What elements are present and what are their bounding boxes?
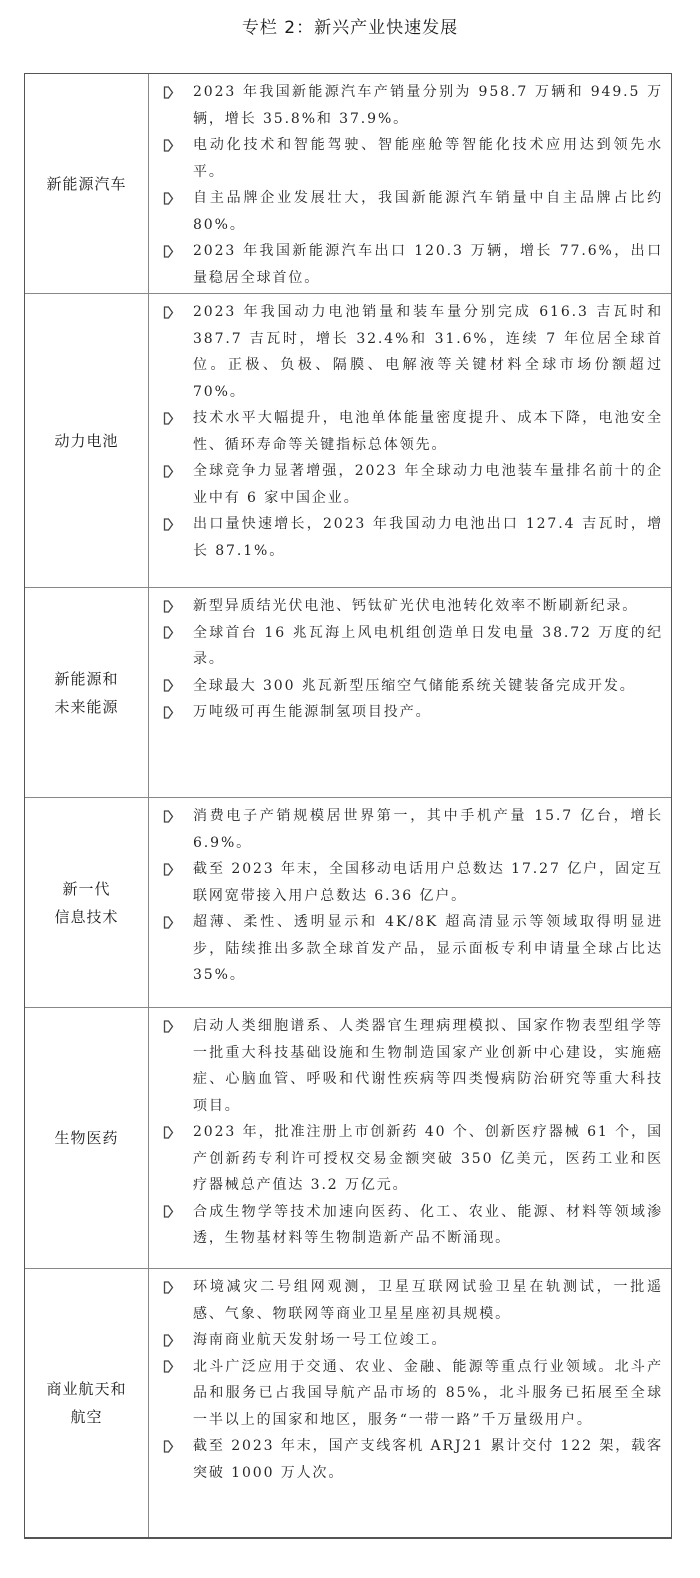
hollow-arrow-right-icon [161, 185, 193, 212]
item-text: 海南商业航天发射场一号工位竣工。 [193, 1327, 663, 1354]
list-item: 2023 年我国动力电池销量和装车量分别完成 616.3 吉瓦时和 387.7 … [161, 299, 663, 405]
item-text: 截至 2023 年末，国产支线客机 ARJ21 累计交付 122 架，载客突破 … [193, 1433, 663, 1486]
list-item: 2023 年我国新能源汽车出口 120.3 万辆，增长 77.6%，出口量稳居全… [161, 238, 663, 291]
hollow-arrow-right-icon [161, 458, 193, 485]
item-text: 全球最大 300 兆瓦新型压缩空气储能系统关键装备完成开发。 [193, 673, 663, 700]
page-title: 专栏 2：新兴产业快速发展 [0, 14, 700, 42]
list-item: 启动人类细胞谱系、人类器官生理病理模拟、国家作物表型组学等一批重大科技基础设施和… [161, 1013, 663, 1119]
item-text: 环境减灾二号组网观测，卫星互联网试验卫星在轨测试，一批遥感、气象、物联网等商业卫… [193, 1274, 663, 1327]
list-item: 截至 2023 年末，全国移动电话用户总数达 17.27 亿户，固定互联网宽带接… [161, 856, 663, 909]
hollow-arrow-right-icon [161, 1199, 193, 1226]
items-cell: 消费电子产销规模居世界第一，其中手机产量 15.7 亿台，增长 6.9%。 截至… [149, 798, 671, 1007]
hollow-arrow-right-icon [161, 511, 193, 538]
list-item: 环境减灾二号组网观测，卫星互联网试验卫星在轨测试，一批遥感、气象、物联网等商业卫… [161, 1274, 663, 1327]
items-cell: 2023 年我国动力电池销量和装车量分别完成 616.3 吉瓦时和 387.7 … [149, 294, 671, 587]
hollow-arrow-right-icon [161, 1433, 193, 1460]
item-text: 截至 2023 年末，全国移动电话用户总数达 17.27 亿户，固定互联网宽带接… [193, 856, 663, 909]
item-text: 2023 年我国新能源汽车产销量分别为 958.7 万辆和 949.5 万辆，增… [193, 79, 663, 132]
list-item: 新型异质结光伏电池、钙钛矿光伏电池转化效率不断刷新纪录。 [161, 593, 663, 620]
category-cell: 动力电池 [25, 294, 149, 587]
list-item: 万吨级可再生能源制氢项目投产。 [161, 699, 663, 726]
hollow-arrow-right-icon [161, 1274, 193, 1301]
hollow-arrow-right-icon [161, 673, 193, 700]
category-label: 新能源汽车 [46, 170, 126, 198]
hollow-arrow-right-icon [161, 620, 193, 647]
emerging-industries-table: 新能源汽车 2023 年我国新能源汽车产销量分别为 958.7 万辆和 949.… [24, 73, 672, 1539]
item-text: 全球竞争力显著增强，2023 年全球动力电池装车量排名前十的企业中有 6 家中国… [193, 458, 663, 511]
category-cell: 生物医药 [25, 1008, 149, 1268]
list-item: 2023 年我国新能源汽车产销量分别为 958.7 万辆和 949.5 万辆，增… [161, 79, 663, 132]
category-cell: 商业航天和 航空 [25, 1269, 149, 1537]
list-item: 全球首台 16 兆瓦海上风电机组创造单日发电量 38.72 万度的纪录。 [161, 620, 663, 673]
hollow-arrow-right-icon [161, 1327, 193, 1354]
list-item: 自主品牌企业发展壮大，我国新能源汽车销量中自主品牌占比约 80%。 [161, 185, 663, 238]
hollow-arrow-right-icon [161, 1013, 193, 1040]
table-row-commercial-aerospace: 商业航天和 航空 环境减灾二号组网观测，卫星互联网试验卫星在轨测试，一批遥感、气… [25, 1269, 671, 1537]
item-text: 自主品牌企业发展壮大，我国新能源汽车销量中自主品牌占比约 80%。 [193, 185, 663, 238]
hollow-arrow-right-icon [161, 238, 193, 265]
item-text: 消费电子产销规模居世界第一，其中手机产量 15.7 亿台，增长 6.9%。 [193, 803, 663, 856]
list-item: 超薄、柔性、透明显示和 4K/8K 超高清显示等领域取得明显进步，陆续推出多款全… [161, 909, 663, 989]
table-row-biomedicine: 生物医药 启动人类细胞谱系、人类器官生理病理模拟、国家作物表型组学等一批重大科技… [25, 1008, 671, 1269]
list-item: 北斗广泛应用于交通、农业、金融、能源等重点行业领域。北斗产品和服务已占我国导航产… [161, 1354, 663, 1434]
hollow-arrow-right-icon [161, 593, 193, 620]
list-item: 全球竞争力显著增强，2023 年全球动力电池装车量排名前十的企业中有 6 家中国… [161, 458, 663, 511]
items-cell: 2023 年我国新能源汽车产销量分别为 958.7 万辆和 949.5 万辆，增… [149, 74, 671, 293]
item-text: 万吨级可再生能源制氢项目投产。 [193, 699, 663, 726]
list-item: 技术水平大幅提升，电池单体能量密度提升、成本下降，电池安全性、循环寿命等关键指标… [161, 405, 663, 458]
item-text: 新型异质结光伏电池、钙钛矿光伏电池转化效率不断刷新纪录。 [193, 593, 663, 620]
table-row-new-and-future-energy: 新能源和 未来能源 新型异质结光伏电池、钙钛矿光伏电池转化效率不断刷新纪录。 全… [25, 588, 671, 798]
category-label: 商业航天和 航空 [46, 1375, 126, 1431]
hollow-arrow-right-icon [161, 699, 193, 726]
hollow-arrow-right-icon [161, 405, 193, 432]
item-text: 2023 年，批准注册上市创新药 40 个、创新医疗器械 61 个，国产创新药专… [193, 1119, 663, 1199]
table-row-new-energy-vehicles: 新能源汽车 2023 年我国新能源汽车产销量分别为 958.7 万辆和 949.… [25, 74, 671, 294]
item-text: 2023 年我国新能源汽车出口 120.3 万辆，增长 77.6%，出口量稳居全… [193, 238, 663, 291]
table-row-power-batteries: 动力电池 2023 年我国动力电池销量和装车量分别完成 616.3 吉瓦时和 3… [25, 294, 671, 588]
list-item: 出口量快速增长，2023 年我国动力电池出口 127.4 吉瓦时，增长 87.1… [161, 511, 663, 564]
item-text: 超薄、柔性、透明显示和 4K/8K 超高清显示等领域取得明显进步，陆续推出多款全… [193, 909, 663, 989]
category-cell: 新一代 信息技术 [25, 798, 149, 1007]
item-text: 出口量快速增长，2023 年我国动力电池出口 127.4 吉瓦时，增长 87.1… [193, 511, 663, 564]
items-cell: 环境减灾二号组网观测，卫星互联网试验卫星在轨测试，一批遥感、气象、物联网等商业卫… [149, 1269, 671, 1537]
hollow-arrow-right-icon [161, 299, 193, 326]
hollow-arrow-right-icon [161, 909, 193, 936]
hollow-arrow-right-icon [161, 132, 193, 159]
category-label: 生物医药 [54, 1124, 118, 1152]
hollow-arrow-right-icon [161, 856, 193, 883]
list-item: 合成生物学等技术加速向医药、化工、农业、能源、材料等领域渗透，生物基材料等生物制… [161, 1199, 663, 1252]
hollow-arrow-right-icon [161, 1354, 193, 1381]
list-item: 电动化技术和智能驾驶、智能座舱等智能化技术应用达到领先水平。 [161, 132, 663, 185]
item-text: 2023 年我国动力电池销量和装车量分别完成 616.3 吉瓦时和 387.7 … [193, 299, 663, 405]
list-item: 截至 2023 年末，国产支线客机 ARJ21 累计交付 122 架，载客突破 … [161, 1433, 663, 1486]
hollow-arrow-right-icon [161, 803, 193, 830]
list-item: 全球最大 300 兆瓦新型压缩空气储能系统关键装备完成开发。 [161, 673, 663, 700]
hollow-arrow-right-icon [161, 79, 193, 106]
hollow-arrow-right-icon [161, 1119, 193, 1146]
list-item: 海南商业航天发射场一号工位竣工。 [161, 1327, 663, 1354]
item-text: 启动人类细胞谱系、人类器官生理病理模拟、国家作物表型组学等一批重大科技基础设施和… [193, 1013, 663, 1119]
item-text: 电动化技术和智能驾驶、智能座舱等智能化技术应用达到领先水平。 [193, 132, 663, 185]
category-label: 新一代 信息技术 [54, 875, 118, 931]
category-cell: 新能源汽车 [25, 74, 149, 293]
item-text: 全球首台 16 兆瓦海上风电机组创造单日发电量 38.72 万度的纪录。 [193, 620, 663, 673]
table-row-next-gen-it: 新一代 信息技术 消费电子产销规模居世界第一，其中手机产量 15.7 亿台，增长… [25, 798, 671, 1008]
category-label: 新能源和 未来能源 [54, 665, 118, 721]
items-cell: 新型异质结光伏电池、钙钛矿光伏电池转化效率不断刷新纪录。 全球首台 16 兆瓦海… [149, 588, 671, 797]
items-cell: 启动人类细胞谱系、人类器官生理病理模拟、国家作物表型组学等一批重大科技基础设施和… [149, 1008, 671, 1268]
list-item: 2023 年，批准注册上市创新药 40 个、创新医疗器械 61 个，国产创新药专… [161, 1119, 663, 1199]
list-item: 消费电子产销规模居世界第一，其中手机产量 15.7 亿台，增长 6.9%。 [161, 803, 663, 856]
item-text: 技术水平大幅提升，电池单体能量密度提升、成本下降，电池安全性、循环寿命等关键指标… [193, 405, 663, 458]
category-cell: 新能源和 未来能源 [25, 588, 149, 797]
item-text: 北斗广泛应用于交通、农业、金融、能源等重点行业领域。北斗产品和服务已占我国导航产… [193, 1354, 663, 1434]
category-label: 动力电池 [54, 427, 118, 455]
item-text: 合成生物学等技术加速向医药、化工、农业、能源、材料等领域渗透，生物基材料等生物制… [193, 1199, 663, 1252]
